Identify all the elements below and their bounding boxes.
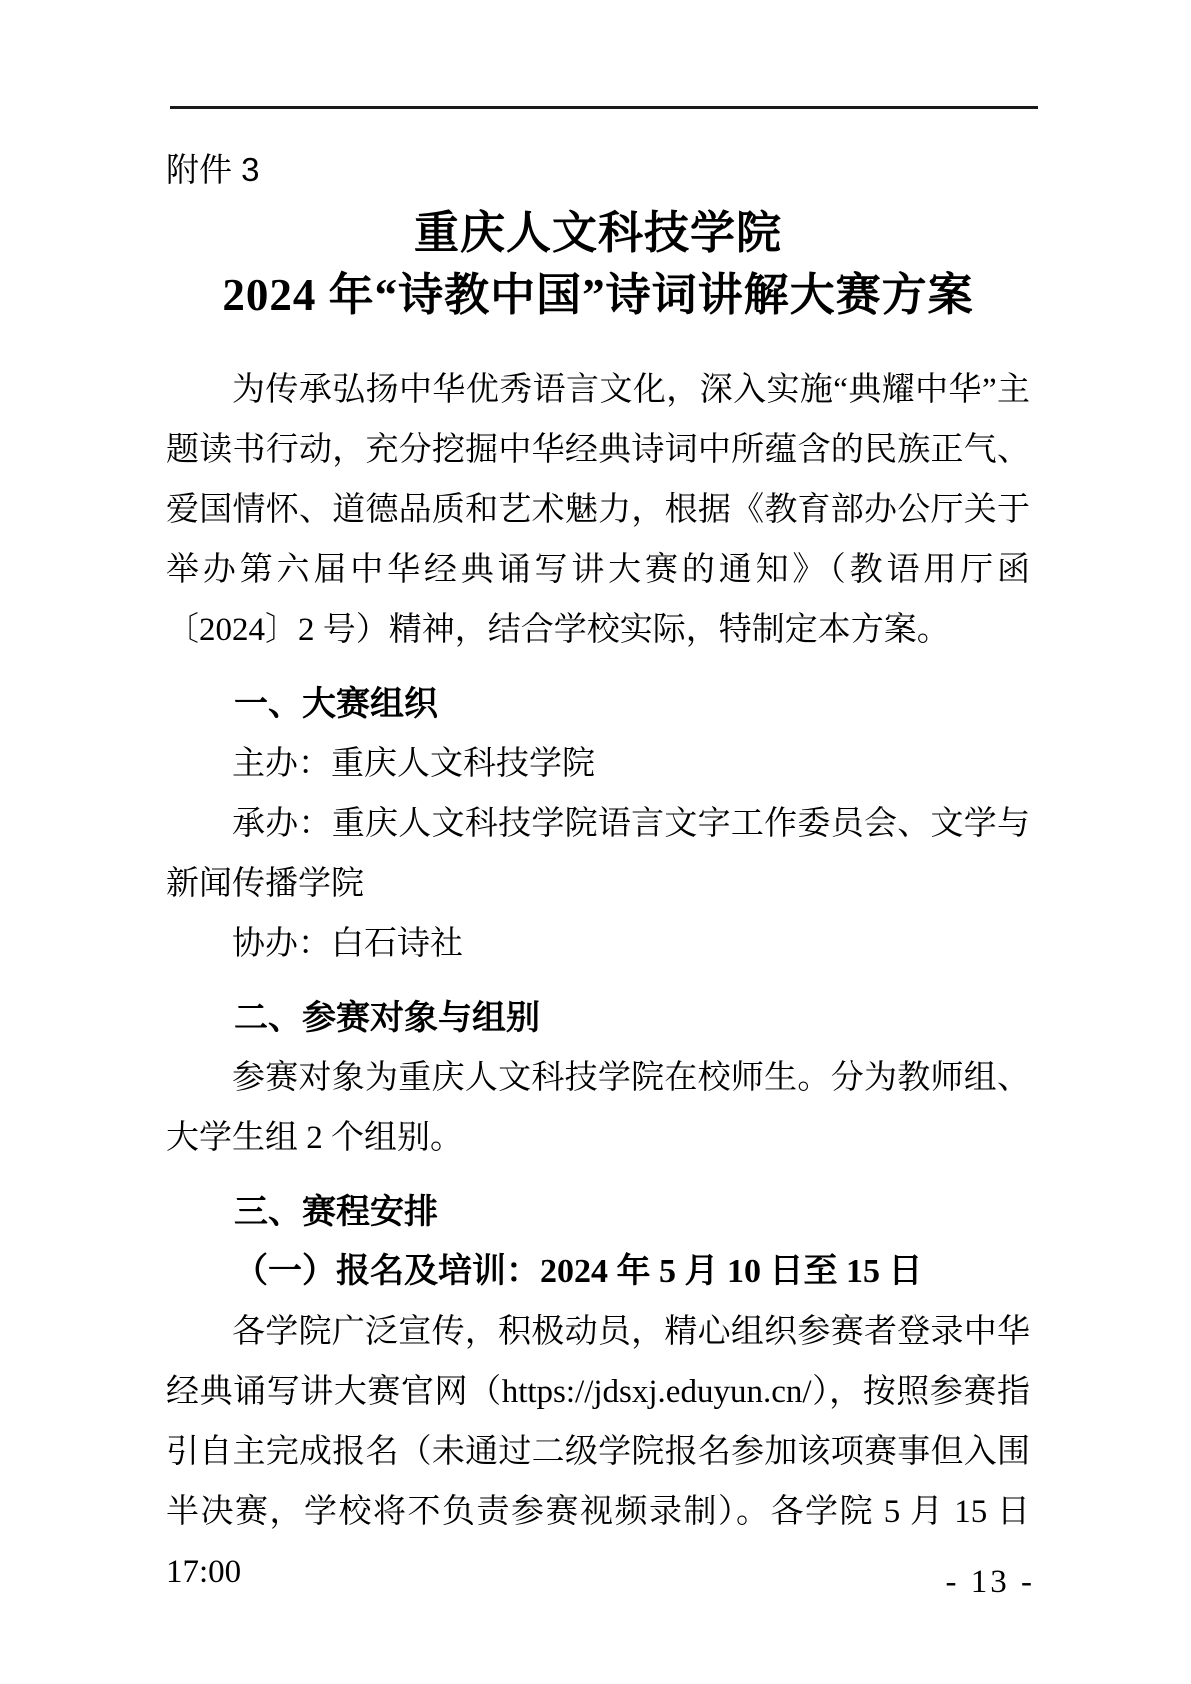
section-2-paragraph: 参赛对象为重庆人文科技学院在校师生。分为教师组、大学生组 2 个组别。: [166, 1048, 1030, 1168]
section-1-paragraph-coorganizer: 协办：白石诗社: [166, 914, 1030, 974]
section-1-heading: 一、大赛组织: [166, 674, 1030, 734]
section-3-paragraph: 各学院广泛宣传，积极动员，精心组织参赛者登录中华经典诵写讲大赛官网（https:…: [166, 1302, 1030, 1602]
document-content: 附件 3 重庆人文科技学院 2024 年“诗教中国”诗词讲解大赛方案 为传承弘扬…: [166, 150, 1030, 1602]
section-3-heading: 三、赛程安排: [166, 1182, 1030, 1242]
section-1-paragraph-organizer: 承办：重庆人文科技学院语言文字工作委员会、文学与新闻传播学院: [166, 794, 1030, 914]
document-page: 附件 3 重庆人文科技学院 2024 年“诗教中国”诗词讲解大赛方案 为传承弘扬…: [0, 0, 1191, 1684]
section-1-paragraph-host: 主办：重庆人文科技学院: [166, 734, 1030, 794]
section-2-heading: 二、参赛对象与组别: [166, 988, 1030, 1048]
intro-paragraph: 为传承弘扬中华优秀语言文化，深入实施“典耀中华”主题读书行动，充分挖掘中华经典诗…: [166, 360, 1030, 660]
section-3-subheading: （一）报名及培训：2024 年 5 月 10 日至 15 日: [166, 1242, 1030, 1302]
document-title-line1: 重庆人文科技学院: [166, 202, 1030, 264]
header-rule: [170, 106, 1038, 109]
document-title-line2: 2024 年“诗教中国”诗词讲解大赛方案: [166, 264, 1030, 326]
page-number: - 13 -: [946, 1562, 1035, 1602]
attachment-label: 附件 3: [166, 150, 1030, 190]
